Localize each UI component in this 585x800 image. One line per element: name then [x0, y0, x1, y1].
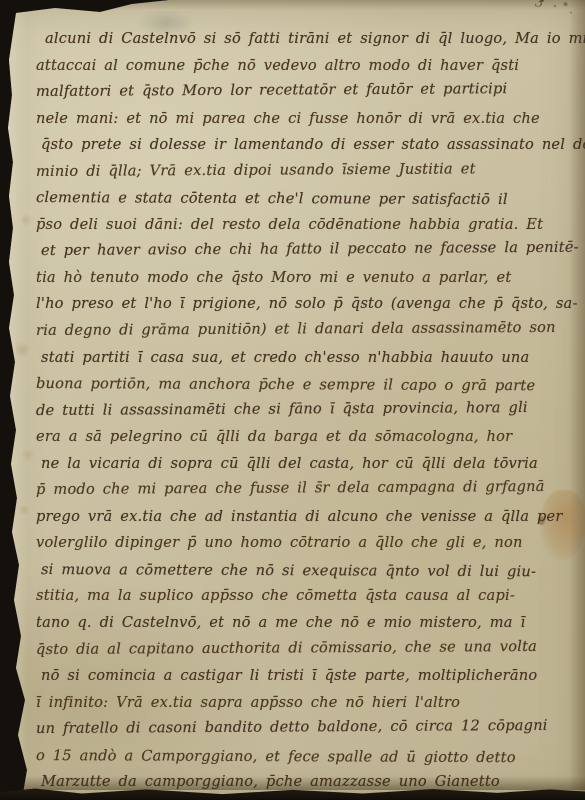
manuscript-line: p̄ modo che mi parea che fusse il s̄r de…: [36, 474, 573, 504]
manuscript-line: era a sā pelegrino cū q̄lli da barga et …: [36, 424, 573, 451]
manuscript-line: q̄sto dia al capitano aucthorita di cōmi…: [36, 633, 573, 663]
manuscript-line: ria degno di grāma punitiōn) et li danar…: [36, 315, 573, 345]
manuscript-line: de tutti li assassinamēti che si fāno ī …: [36, 394, 573, 424]
manuscript-line: clementia e stata cōtenta et che'l comun…: [36, 185, 573, 214]
right-edge-shadow: [569, 0, 585, 800]
manuscript-line: tia hò tenuto modo che q̄sto Moro mi e v…: [36, 265, 573, 292]
manuscript-scan: alcuni di Castelnvō si sō fatti tirāni e…: [0, 0, 585, 800]
manuscript-page: alcuni di Castelnvō si sō fatti tirāni e…: [0, 0, 585, 800]
manuscript-line: nele mani: et nō mi parea che ci fusse h…: [36, 106, 573, 133]
manuscript-line: si muova a cōmettere che nō si exequisca…: [41, 557, 573, 586]
bottom-edge-shadow: [0, 776, 585, 790]
manuscript-line: o 15 andò a Camporggiano, et fece spalle…: [36, 743, 573, 772]
manuscript-line: attaccai al comune p̄che nō vedevo altro…: [36, 53, 573, 80]
manuscript-line: alcuni di Castelnvō si sō fatti tirāni e…: [45, 26, 573, 53]
manuscript-line: minio di q̄lla; Vrā ex.tia dipoi usando …: [36, 155, 573, 185]
manuscript-line: stitia, ma la suplico app̄sso che cōmett…: [36, 583, 573, 610]
manuscript-line: stati partiti ī casa sua, et credo ch'es…: [41, 345, 573, 372]
handwritten-text-block: alcuni di Castelnvō si sō fatti tirāni e…: [36, 26, 573, 796]
manuscript-line: un fratello di casoni bandito detto bald…: [36, 713, 573, 743]
top-edge-shadow: [0, 0, 585, 10]
manuscript-line: q̄sto prete si dolesse ir lamentando di …: [41, 132, 573, 159]
manuscript-line: l'ho preso et l'ho ī prigione, nō solo p…: [36, 291, 573, 318]
manuscript-line: nō si comincia a castigar li tristi ī q̄…: [41, 663, 573, 690]
manuscript-line: prego vrā ex.tia che ad instantia di alc…: [36, 504, 573, 531]
manuscript-line: volerglilo dipinger p̄ uno homo cōtrario…: [36, 530, 573, 557]
manuscript-line: tano q. di Castelnvō, et nō a me che nō …: [36, 610, 573, 637]
manuscript-line: et per haver aviso che chi ha fatto il p…: [41, 235, 573, 265]
manuscript-line: malfattori et q̄sto Moro lor recettatōr …: [36, 76, 573, 106]
